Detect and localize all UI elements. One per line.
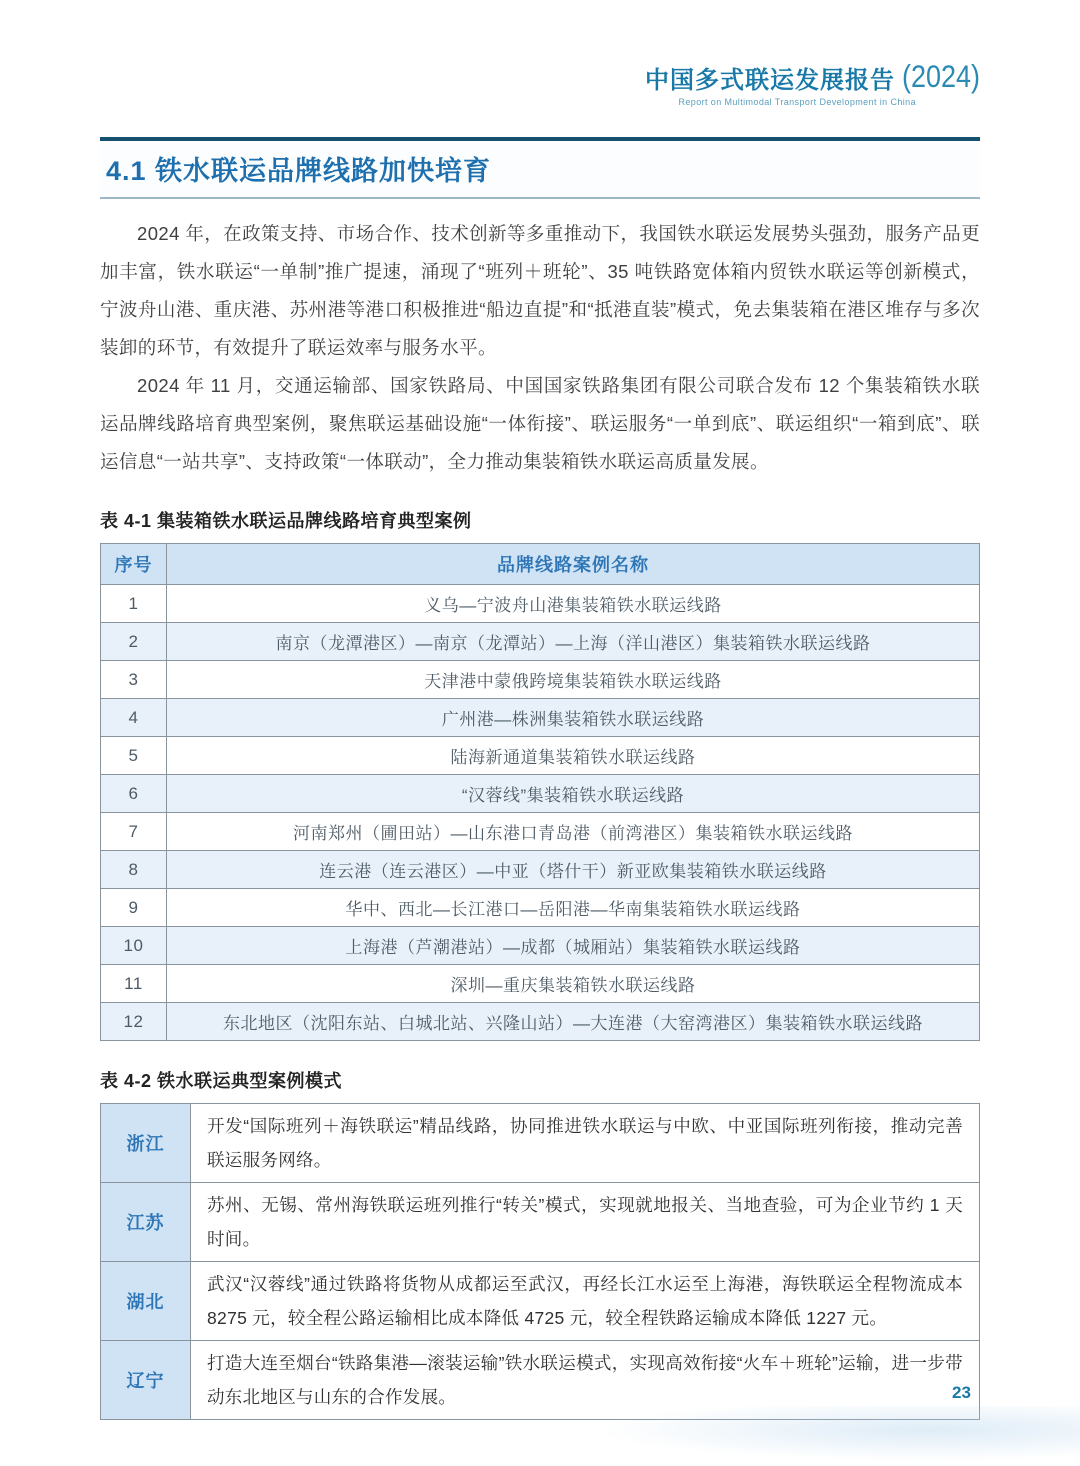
route-name-cell: 天津港中蒙俄跨境集装箱铁水联运线路 xyxy=(167,661,980,699)
route-name-cell: 上海港（芦潮港站）—成都（城厢站）集装箱铁水联运线路 xyxy=(167,927,980,965)
row-index-cell: 2 xyxy=(101,623,167,661)
report-title: 中国多式联运发展报告 xyxy=(645,60,895,95)
table-row: 11深圳—重庆集装箱铁水联运线路 xyxy=(101,965,980,1003)
column-header-index: 序号 xyxy=(101,544,167,585)
route-name-cell: 广州港—株洲集装箱铁水联运线路 xyxy=(167,699,980,737)
route-name-cell: 深圳—重庆集装箱铁水联运线路 xyxy=(167,965,980,1003)
row-index-cell: 1 xyxy=(101,585,167,623)
table-row: 浙江开发“国际班列＋海铁联运”精品线路，协同推进铁水联运与中欧、中亚国际班列衔接… xyxy=(101,1104,980,1183)
route-name-cell: 陆海新通道集装箱铁水联运线路 xyxy=(167,737,980,775)
row-index-cell: 10 xyxy=(101,927,167,965)
paragraph: 2024 年 11 月，交通运输部、国家铁路局、中国国家铁路集团有限公司联合发布… xyxy=(100,367,980,481)
route-name-cell: 义乌—宁波舟山港集装箱铁水联运线路 xyxy=(167,585,980,623)
route-name-cell: 东北地区（沈阳东站、白城北站、兴隆山站）—大连港（大窑湾港区）集装箱铁水联运线路 xyxy=(167,1003,980,1041)
table-row: 6“汉蓉线”集装箱铁水联运线路 xyxy=(101,775,980,813)
row-index-cell: 4 xyxy=(101,699,167,737)
table-4-1: 序号 品牌线路案例名称 1义乌—宁波舟山港集装箱铁水联运线路2南京（龙潭港区）—… xyxy=(100,543,980,1041)
table-row: 1义乌—宁波舟山港集装箱铁水联运线路 xyxy=(101,585,980,623)
region-cell: 浙江 xyxy=(101,1104,191,1183)
route-name-cell: 南京（龙潭港区）—南京（龙潭站）—上海（洋山港区）集装箱铁水联运线路 xyxy=(167,623,980,661)
table-row: 辽宁打造大连至烟台“铁路集港—滚装运输”铁水联运模式，实现高效衔接“火车＋班轮”… xyxy=(101,1341,980,1420)
route-name-cell: 连云港（连云港区）—中亚（塔什干）新亚欧集装箱铁水联运线路 xyxy=(167,851,980,889)
table-row: 4广州港—株洲集装箱铁水联运线路 xyxy=(101,699,980,737)
mode-description-cell: 武汉“汉蓉线”通过铁路将货物从成都运至武汉，再经长江水运至上海港，海铁联运全程物… xyxy=(191,1262,980,1341)
row-index-cell: 8 xyxy=(101,851,167,889)
report-year: (2024) xyxy=(902,59,980,95)
table-4-1-head: 序号 品牌线路案例名称 xyxy=(101,544,980,585)
table-row: 3天津港中蒙俄跨境集装箱铁水联运线路 xyxy=(101,661,980,699)
table-4-2-caption: 表 4-2 铁水联运典型案例模式 xyxy=(100,1067,980,1093)
section-heading: 4.1 铁水联运品牌线路加快培育 xyxy=(106,149,976,188)
row-index-cell: 5 xyxy=(101,737,167,775)
row-index-cell: 9 xyxy=(101,889,167,927)
table-row: 7河南郑州（圃田站）—山东港口青岛港（前湾港区）集装箱铁水联运线路 xyxy=(101,813,980,851)
table-4-2-body: 浙江开发“国际班列＋海铁联运”精品线路，协同推进铁水联运与中欧、中亚国际班列衔接… xyxy=(101,1104,980,1420)
row-index-cell: 6 xyxy=(101,775,167,813)
mode-description-cell: 打造大连至烟台“铁路集港—滚装运输”铁水联运模式，实现高效衔接“火车＋班轮”运输… xyxy=(191,1341,980,1420)
page-number: 23 xyxy=(952,1383,971,1403)
table-row: 5陆海新通道集装箱铁水联运线路 xyxy=(101,737,980,775)
table-4-2: 浙江开发“国际班列＋海铁联运”精品线路，协同推进铁水联运与中欧、中亚国际班列衔接… xyxy=(100,1103,980,1420)
table-header-row: 序号 品牌线路案例名称 xyxy=(101,544,980,585)
body-text: 2024 年，在政策支持、市场合作、技术创新等多重推动下，我国铁水联运发展势头强… xyxy=(100,215,980,481)
row-index-cell: 7 xyxy=(101,813,167,851)
table-4-1-body: 1义乌—宁波舟山港集装箱铁水联运线路2南京（龙潭港区）—南京（龙潭站）—上海（洋… xyxy=(101,585,980,1041)
report-subtitle: Report on Multimodal Transport Developme… xyxy=(678,97,916,107)
route-name-cell: “汉蓉线”集装箱铁水联运线路 xyxy=(167,775,980,813)
route-name-cell: 华中、西北—长江港口—岳阳港—华南集装箱铁水联运线路 xyxy=(167,889,980,927)
report-header: 中国多式联运发展报告 (2024) Report on Multimodal T… xyxy=(100,60,980,107)
column-header-route-name: 品牌线路案例名称 xyxy=(167,544,980,585)
table-4-1-caption: 表 4-1 集装箱铁水联运品牌线路培育典型案例 xyxy=(100,507,980,533)
paragraph: 2024 年，在政策支持、市场合作、技术创新等多重推动下，我国铁水联运发展势头强… xyxy=(100,215,980,367)
region-cell: 辽宁 xyxy=(101,1341,191,1420)
mode-description-cell: 苏州、无锡、常州海铁联运班列推行“转关”模式，实现就地报关、当地查验，可为企业节… xyxy=(191,1183,980,1262)
route-name-cell: 河南郑州（圃田站）—山东港口青岛港（前湾港区）集装箱铁水联运线路 xyxy=(167,813,980,851)
table-row: 10上海港（芦潮港站）—成都（城厢站）集装箱铁水联运线路 xyxy=(101,927,980,965)
section-heading-band: 4.1 铁水联运品牌线路加快培育 xyxy=(100,137,980,199)
table-row: 12东北地区（沈阳东站、白城北站、兴隆山站）—大连港（大窑湾港区）集装箱铁水联运… xyxy=(101,1003,980,1041)
table-row: 湖北武汉“汉蓉线”通过铁路将货物从成都运至武汉，再经长江水运至上海港，海铁联运全… xyxy=(101,1262,980,1341)
table-row: 8连云港（连云港区）—中亚（塔什干）新亚欧集装箱铁水联运线路 xyxy=(101,851,980,889)
row-index-cell: 12 xyxy=(101,1003,167,1041)
table-row: 2南京（龙潭港区）—南京（龙潭站）—上海（洋山港区）集装箱铁水联运线路 xyxy=(101,623,980,661)
page-content: 中国多式联运发展报告 (2024) Report on Multimodal T… xyxy=(100,0,980,1420)
region-cell: 湖北 xyxy=(101,1262,191,1341)
mode-description-cell: 开发“国际班列＋海铁联运”精品线路，协同推进铁水联运与中欧、中亚国际班列衔接，推… xyxy=(191,1104,980,1183)
region-cell: 江苏 xyxy=(101,1183,191,1262)
row-index-cell: 3 xyxy=(101,661,167,699)
report-title-row: 中国多式联运发展报告 (2024) xyxy=(645,60,980,95)
row-index-cell: 11 xyxy=(101,965,167,1003)
table-row: 9华中、西北—长江港口—岳阳港—华南集装箱铁水联运线路 xyxy=(101,889,980,927)
table-row: 江苏苏州、无锡、常州海铁联运班列推行“转关”模式，实现就地报关、当地查验，可为企… xyxy=(101,1183,980,1262)
